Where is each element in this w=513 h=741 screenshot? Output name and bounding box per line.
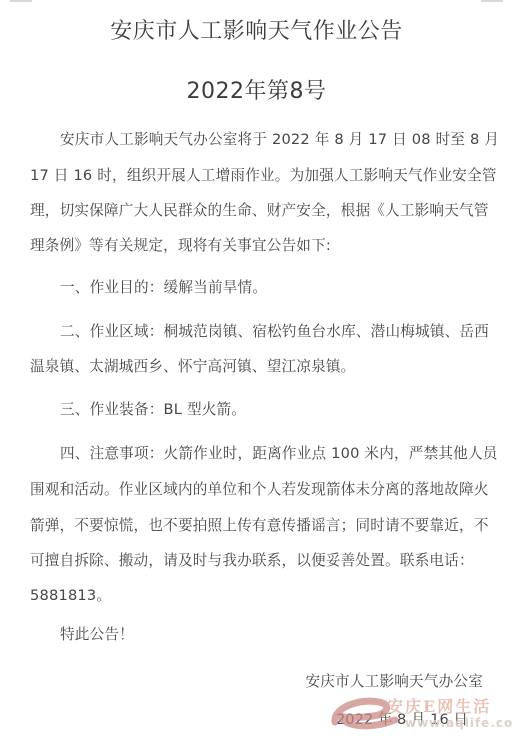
issue-number: 2022年第8号: [0, 74, 513, 105]
intro-line: 理条例》等有关规定，现将有关事宜公告如下:: [30, 236, 485, 256]
intro-line: 17 日 16 时，组织开展人工增雨作业。为加强人工影响天气作业安全管: [30, 166, 485, 186]
signature: 安庆市人工影响天气办公室: [305, 672, 483, 692]
top-right-divider: [481, 0, 503, 2]
item-area: 二、作业区域：桐城范岗镇、宿松钓鱼台水库、潜山梅城镇、岳西: [60, 322, 513, 342]
item-notice-cont: 箭弹，不要惊慌，也不要拍照上传有意传播谣言；同时请不要靠近，不: [30, 516, 485, 536]
item-notice-cont: 围观和活动。作业区域内的单位和个人若发现箭体未分离的落地故障火: [30, 480, 485, 500]
item-equipment: 三、作业装备：BL 型火箭。: [60, 400, 513, 420]
top-left-divider: [10, 0, 32, 2]
document-title: 安庆市人工影响天气作业公告: [0, 14, 513, 45]
intro-line: 安庆市人工影响天气办公室将于 2022 年 8 月 17 日 08 时至 8 月: [60, 130, 513, 150]
issue-date: 2022 年 8 月 16 日: [336, 710, 468, 730]
item-notice-cont: 可擅自拆除、搬动，请及时与我办联系，以便妥善处置。联系电话：: [30, 551, 485, 571]
intro-line: 理，切实保障广大人民群众的生命、财产安全，根据《人工影响天气管: [30, 201, 485, 221]
item-notice: 四、注意事项：火箭作业时，距离作业点 100 米内，严禁其他人员: [60, 444, 513, 464]
closing-statement: 特此公告！: [60, 625, 513, 645]
item-notice-phone: 5881813。: [30, 586, 485, 606]
item-purpose: 一、作业目的：缓解当前旱情。: [60, 278, 513, 298]
item-area-cont: 温泉镇、太湖城西乡、怀宁高河镇、望江凉泉镇。: [30, 357, 485, 377]
